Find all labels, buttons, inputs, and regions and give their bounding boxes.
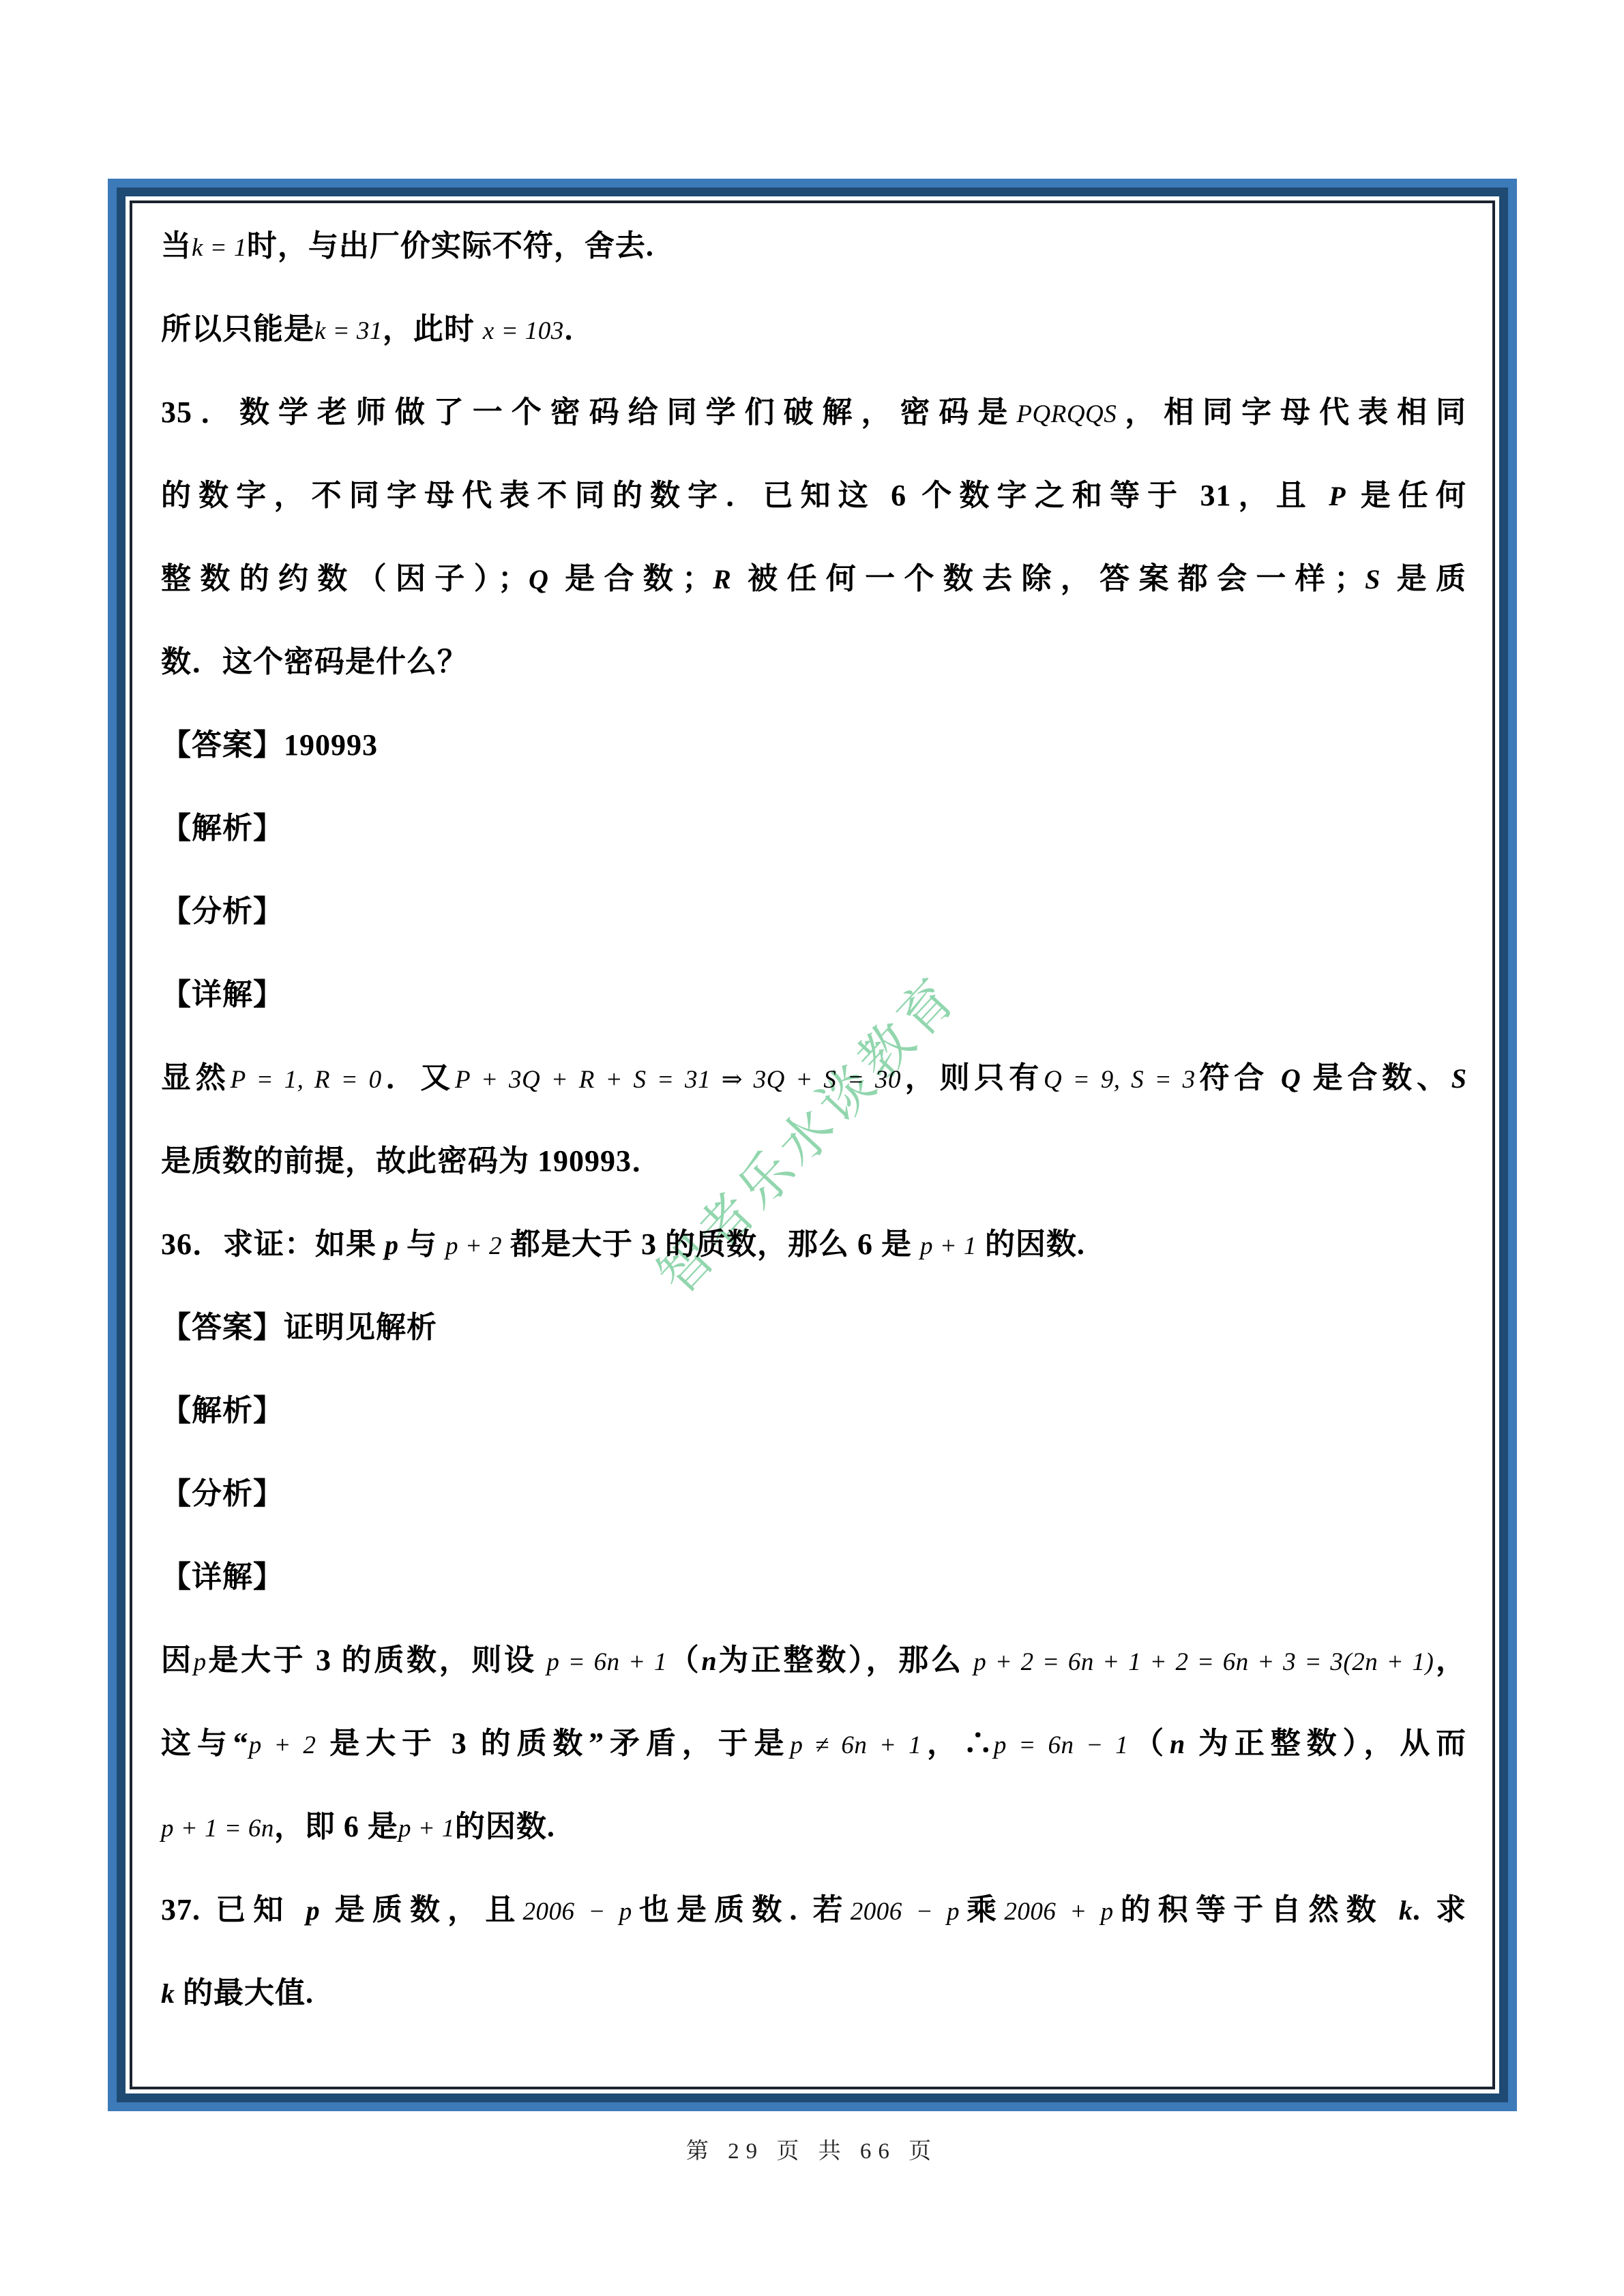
math-text: S bbox=[1451, 1063, 1466, 1094]
text-line: 【分析】 bbox=[161, 1452, 1466, 1536]
chinese-text: 是质 bbox=[1380, 562, 1466, 595]
math-text: p + 2 bbox=[445, 1232, 502, 1260]
text-line: 数．这个密码是什么？ bbox=[161, 621, 1466, 704]
text-line: 【答案】190993 bbox=[161, 704, 1466, 787]
text-line: k 的最大值. bbox=[161, 1952, 1466, 2035]
chinese-text: 是合数、 bbox=[1301, 1061, 1451, 1094]
chinese-text: （ bbox=[667, 1643, 701, 1677]
math-text: p + 1 = 6n bbox=[161, 1815, 274, 1843]
math-text: 2006 − p bbox=[522, 1898, 632, 1926]
chinese-text: 的最大值. bbox=[175, 1976, 314, 2010]
text-line: 【答案】证明见解析 bbox=[161, 1286, 1466, 1369]
content-lines: 当k = 1时，与出厂价实际不符，舍去.所以只能是k = 31，此时 x = 1… bbox=[132, 203, 1492, 2087]
chinese-text: ．又 bbox=[382, 1061, 455, 1094]
chinese-text: 都是大于 3 的质数，那么 6 是 bbox=[502, 1227, 920, 1261]
chinese-text: 的因数. bbox=[455, 1810, 555, 1843]
chinese-text: 是任何 bbox=[1346, 479, 1466, 512]
chinese-text: 与 bbox=[398, 1227, 445, 1261]
chinese-text: 也是质数. 若 bbox=[632, 1893, 851, 1926]
chinese-text: 【解析】 bbox=[161, 811, 284, 845]
text-line: 的数字，不同字母代表不同的数字．已知这 6 个数字之和等于 31，且 P 是任何 bbox=[161, 454, 1466, 537]
page-footer: 第 29 页 共 66 页 bbox=[0, 2133, 1624, 2165]
chinese-text: 为正整数），那么 bbox=[717, 1643, 974, 1677]
chinese-text: ，相同字母代表相同 bbox=[1117, 396, 1466, 429]
math-text: p = 6n + 1 bbox=[546, 1648, 667, 1676]
math-text: S bbox=[1365, 564, 1380, 595]
chinese-text: 数．这个密码是什么？ bbox=[161, 645, 468, 679]
chinese-text: 符合 bbox=[1196, 1061, 1281, 1094]
chinese-text: ，∴ bbox=[921, 1727, 994, 1760]
text-line: 【解析】 bbox=[161, 1369, 1466, 1452]
math-text: p + 2 = 6n + 1 + 2 = 6n + 3 = 3(2n + 1) bbox=[973, 1648, 1434, 1676]
chinese-text: （ bbox=[1128, 1727, 1170, 1760]
chinese-text: 【分析】 bbox=[161, 1477, 284, 1510]
chinese-text: 【详解】 bbox=[161, 1560, 284, 1594]
chinese-text: 时，与出厂价实际不符，舍去. bbox=[247, 229, 654, 263]
chinese-text: 是合数； bbox=[548, 562, 713, 595]
text-line: 是质数的前提，故此密码为 190993． bbox=[161, 1120, 1466, 1203]
chinese-text: 是质数的前提，故此密码为 190993． bbox=[161, 1144, 662, 1178]
chinese-text: 因 bbox=[161, 1643, 194, 1677]
math-text: p + 1 bbox=[398, 1815, 455, 1843]
chinese-text: 的因数. bbox=[977, 1227, 1085, 1261]
chinese-text: 的积等于自然数 bbox=[1114, 1893, 1399, 1926]
chinese-text: 是质数，且 bbox=[320, 1893, 523, 1926]
math-text: p = 6n − 1 bbox=[994, 1731, 1128, 1759]
page-border-thin-line: 当k = 1时，与出厂价实际不符，舍去.所以只能是k = 31，此时 x = 1… bbox=[130, 200, 1495, 2089]
text-line: 37. 已知 p 是质数，且2006 − p也是质数. 若2006 − p乘20… bbox=[161, 1868, 1466, 1952]
text-line: 显然P = 1, R = 0．又P + 3Q + R + S = 31 ⇒ 3Q… bbox=[161, 1037, 1466, 1120]
chinese-text: 是大于 3 的质数”矛盾，于是 bbox=[316, 1727, 790, 1760]
chinese-text: 为正整数），从而 bbox=[1185, 1727, 1466, 1760]
math-text: x = 103 bbox=[483, 317, 564, 345]
chinese-text: ，即 6 是 bbox=[274, 1810, 398, 1843]
text-line: 【解析】 bbox=[161, 787, 1466, 870]
chinese-text: 【分析】 bbox=[161, 895, 284, 928]
page-border-frame: 当k = 1时，与出厂价实际不符，舍去.所以只能是k = 31，此时 x = 1… bbox=[108, 179, 1517, 2111]
chinese-text: 【详解】 bbox=[161, 978, 284, 1011]
math-text: n bbox=[1170, 1729, 1185, 1759]
chinese-text: ． bbox=[564, 312, 595, 346]
text-line: 因p是大于 3 的质数，则设 p = 6n + 1（n为正整数），那么 p + … bbox=[161, 1619, 1466, 1702]
text-line: 【分析】 bbox=[161, 870, 1466, 953]
math-text: k bbox=[161, 1978, 175, 2009]
math-text: Q = 9, S = 3 bbox=[1044, 1066, 1196, 1094]
chinese-text: 【答案】证明见解析 bbox=[161, 1311, 437, 1344]
chinese-text: ，此时 bbox=[383, 312, 483, 346]
document-page: { "doc": { "colors": { "frame_outer": "#… bbox=[0, 0, 1624, 2296]
chinese-text: 整数的约数（因子）； bbox=[161, 562, 529, 595]
math-text: Q bbox=[529, 564, 548, 595]
text-line: 36．求证：如果 p 与 p + 2 都是大于 3 的质数，那么 6 是 p +… bbox=[161, 1203, 1466, 1286]
chinese-text: 乘 bbox=[960, 1893, 1004, 1926]
math-text: P + 3Q + R + S = 31 ⇒ 3Q + S = 30 bbox=[455, 1066, 901, 1094]
text-line: 当k = 1时，与出厂价实际不符，舍去. bbox=[161, 205, 1466, 288]
math-text: p ≠ 6n + 1 bbox=[790, 1731, 921, 1759]
math-text: k bbox=[1399, 1895, 1413, 1926]
text-line: 【详解】 bbox=[161, 1536, 1466, 1619]
math-text: p bbox=[385, 1229, 398, 1260]
text-line: 【详解】 bbox=[161, 953, 1466, 1037]
math-text: p bbox=[306, 1895, 320, 1926]
math-text: P bbox=[1329, 481, 1345, 511]
chinese-text: 这与“ bbox=[161, 1727, 249, 1760]
chinese-text: 显然 bbox=[161, 1061, 231, 1094]
math-text: 2006 − p bbox=[851, 1898, 960, 1926]
math-text: R bbox=[713, 564, 731, 595]
math-text: p + 1 bbox=[920, 1232, 977, 1260]
chinese-text: . 求 bbox=[1413, 1893, 1466, 1926]
chinese-text: 36．求证：如果 bbox=[161, 1227, 385, 1261]
page-border-inner-band: 当k = 1时，与出厂价实际不符，舍去.所以只能是k = 31，此时 x = 1… bbox=[117, 188, 1508, 2102]
chinese-text: 被任何一个数去除，答案都会一样； bbox=[731, 562, 1365, 595]
math-text: k = 1 bbox=[192, 234, 247, 262]
chinese-text: 所以只能是 bbox=[161, 312, 314, 346]
math-text: n bbox=[701, 1645, 716, 1676]
math-text: 2006 + p bbox=[1004, 1898, 1113, 1926]
math-text: p bbox=[194, 1648, 207, 1676]
chinese-text: 是大于 3 的质数，则设 bbox=[207, 1643, 547, 1677]
page-border-white-gap: 当k = 1时，与出厂价实际不符，舍去.所以只能是k = 31，此时 x = 1… bbox=[126, 196, 1499, 2093]
text-line: 35．数学老师做了一个密码给同学们破解，密码是PQRQQS，相同字母代表相同 bbox=[161, 371, 1466, 454]
math-text: PQRQQS bbox=[1016, 400, 1117, 428]
chinese-text: 37. 已知 bbox=[161, 1893, 306, 1926]
chinese-text: 的数字，不同字母代表不同的数字．已知这 6 个数字之和等于 31，且 bbox=[161, 479, 1329, 512]
math-text: k = 31 bbox=[314, 317, 383, 345]
chinese-text: 当 bbox=[161, 229, 192, 263]
text-line: 所以只能是k = 31，此时 x = 103． bbox=[161, 288, 1466, 371]
math-text: p + 2 bbox=[249, 1731, 316, 1759]
chinese-text: ，则只有 bbox=[901, 1061, 1044, 1094]
chinese-text: ， bbox=[1434, 1643, 1466, 1677]
chinese-text: 【解析】 bbox=[161, 1394, 284, 1427]
text-line: p + 1 = 6n，即 6 是p + 1的因数. bbox=[161, 1785, 1466, 1868]
math-text: P = 1, R = 0 bbox=[231, 1066, 382, 1094]
chinese-text: 【答案】190993 bbox=[161, 728, 378, 762]
math-text: Q bbox=[1281, 1063, 1301, 1094]
text-line: 这与“p + 2 是大于 3 的质数”矛盾，于是p ≠ 6n + 1，∴p = … bbox=[161, 1702, 1466, 1785]
chinese-text: 35．数学老师做了一个密码给同学们破解，密码是 bbox=[161, 396, 1016, 429]
text-line: 整数的约数（因子）；Q 是合数；R 被任何一个数去除，答案都会一样；S 是质 bbox=[161, 537, 1466, 621]
